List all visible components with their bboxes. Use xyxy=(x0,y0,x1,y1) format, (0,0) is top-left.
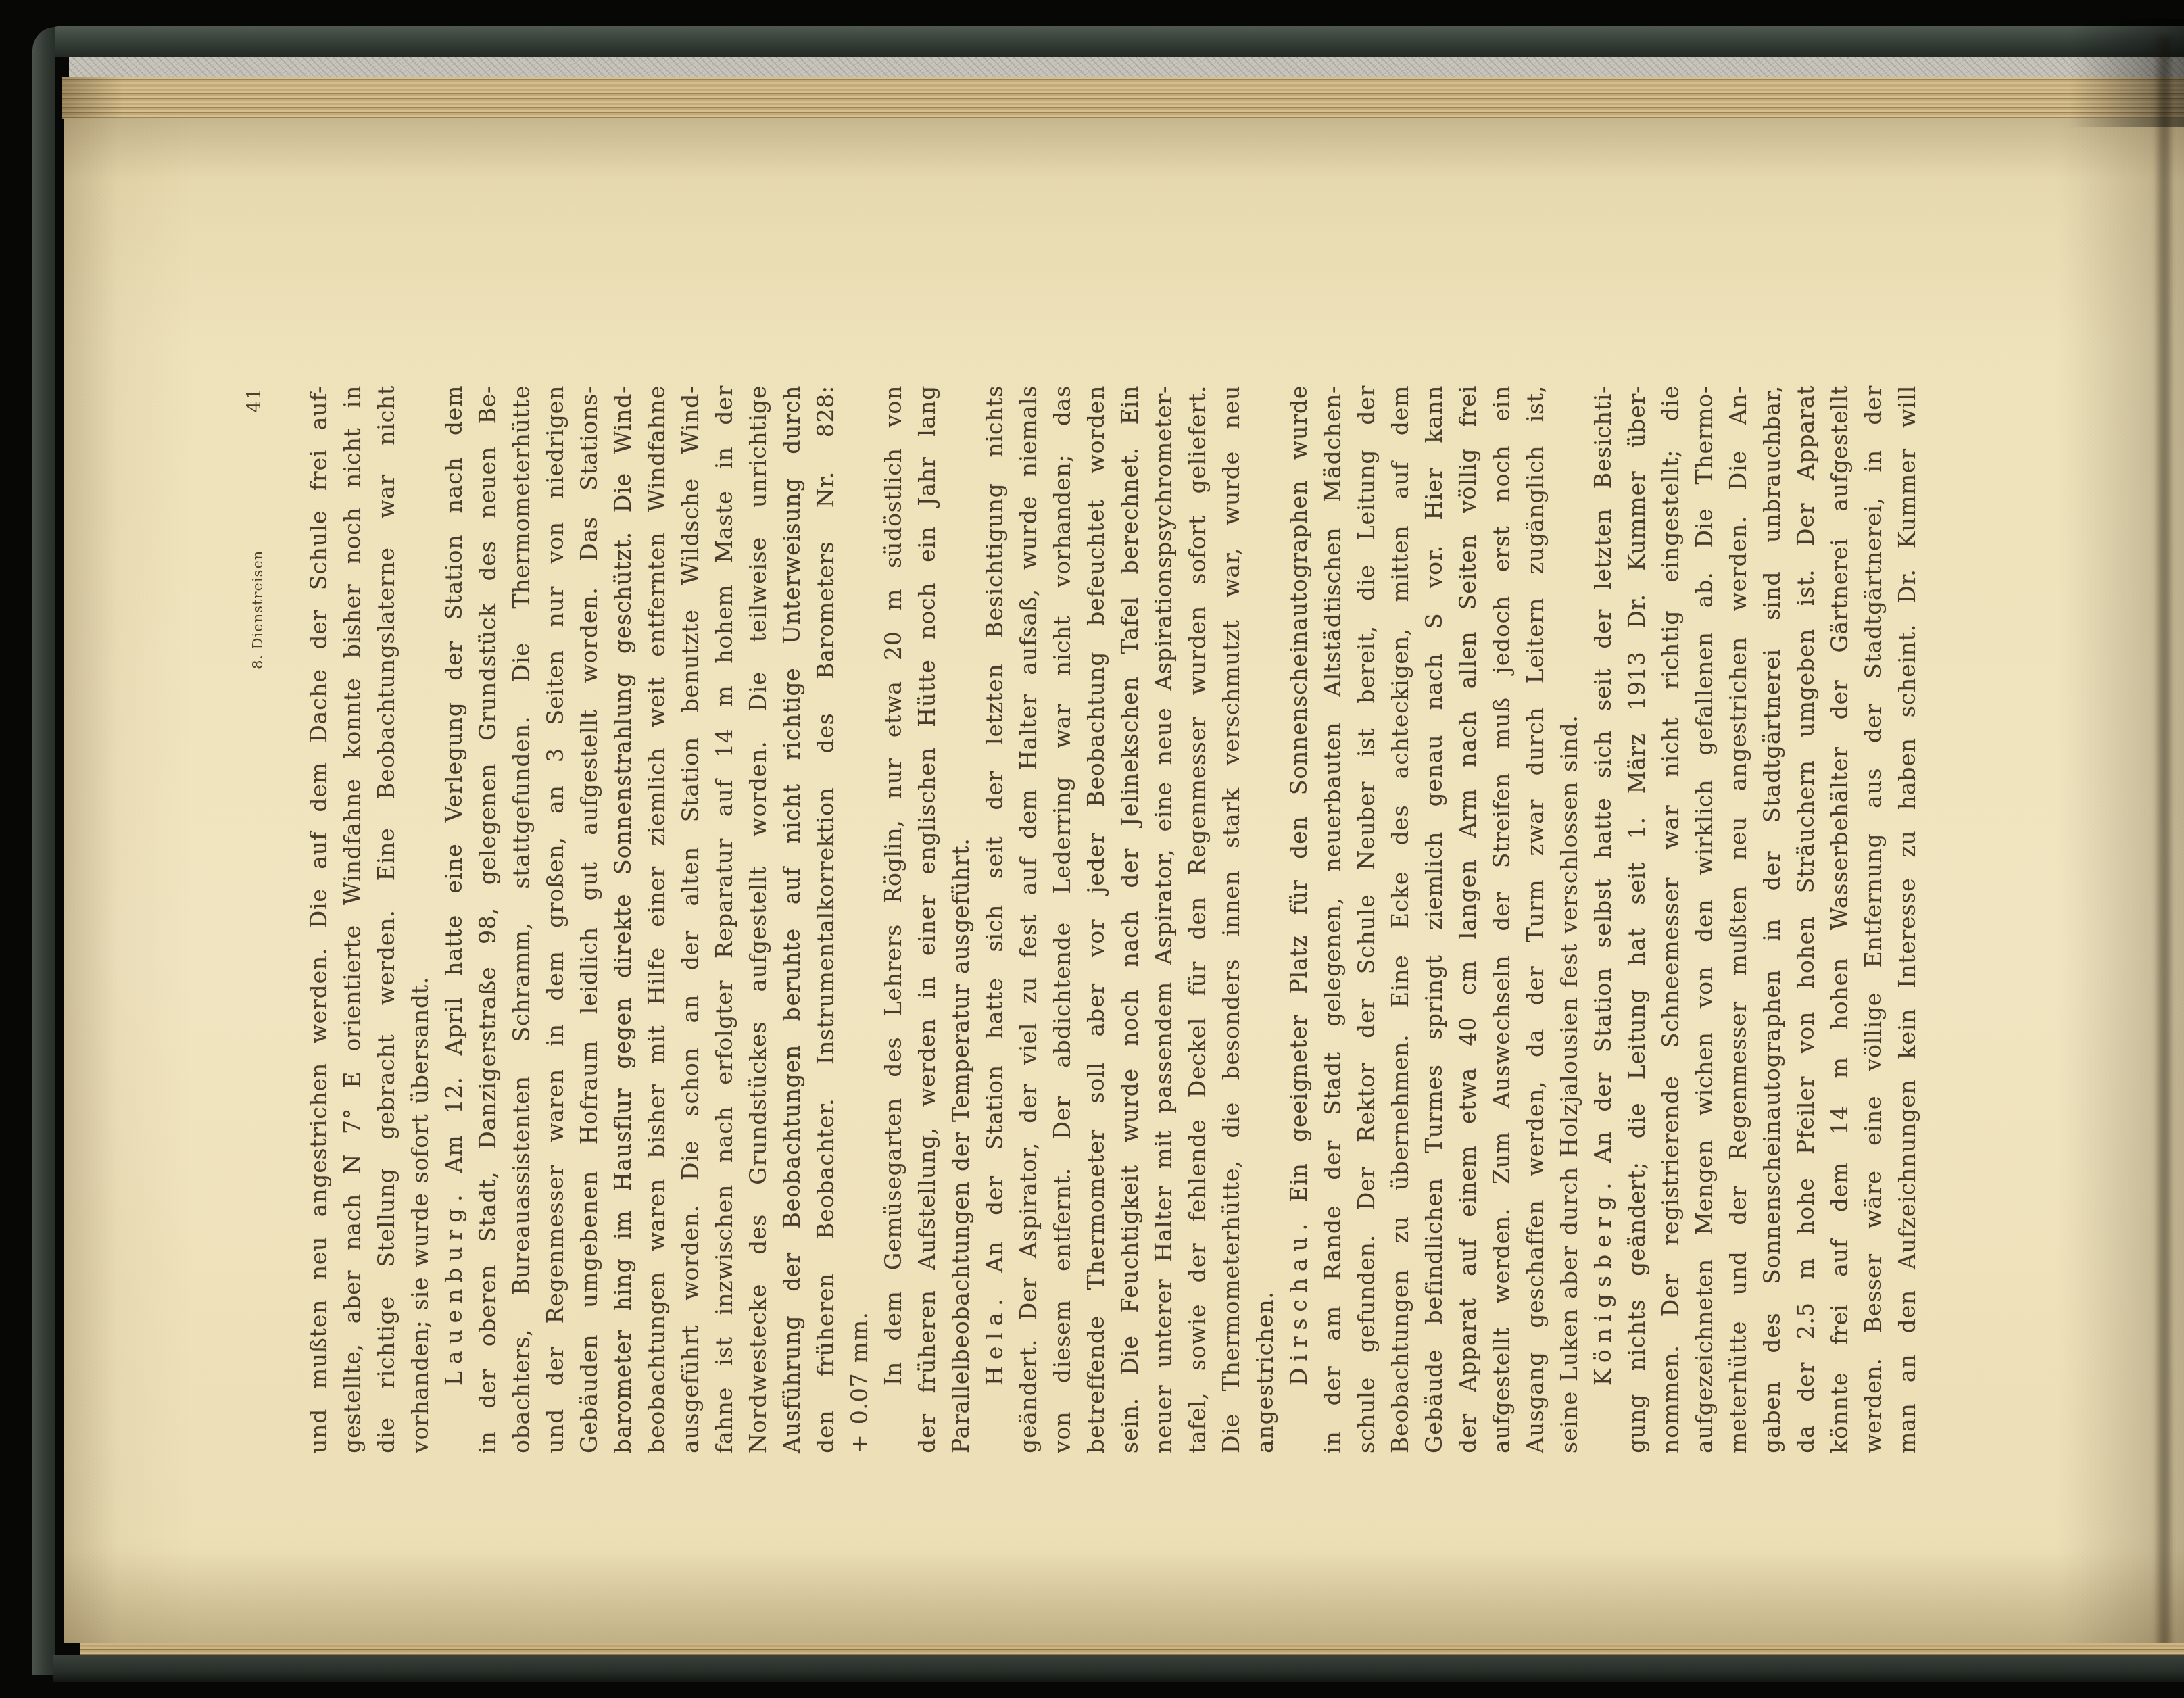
text-line: da der 2.5 m hohe Pfeiler von hohen Strä… xyxy=(1789,385,1823,1453)
text-line: geändert. Der Aspirator, der viel zu fes… xyxy=(1012,385,1046,1453)
text-line: neuer unterer Halter mit passendem Aspir… xyxy=(1147,385,1181,1453)
text-line: könnte frei auf dem 14 m hohen Wasserbeh… xyxy=(1823,385,1857,1453)
text-line: Ausgang geschaffen werden, da der Turm z… xyxy=(1519,385,1553,1453)
running-head-section-title: 8. Dienstreisen xyxy=(249,550,266,669)
text-line: Beobachtungen zu übernehmen. Eine Ecke d… xyxy=(1384,385,1417,1453)
text-line: beobachtungen waren bisher mit Hilfe ein… xyxy=(640,385,674,1453)
text-line: sein. Die Feuchtigkeit wurde noch nach d… xyxy=(1113,385,1147,1453)
station-name-spaced: Hela xyxy=(981,1306,1008,1386)
text-line: Lauenburg. Am 12. April hatte eine Verle… xyxy=(437,385,471,1453)
text-line: + 0.07 mm. xyxy=(843,385,877,1453)
station-name-spaced: Dirschau xyxy=(1286,1230,1312,1386)
text-line: aufgestellt werden. Zum Auswechseln der … xyxy=(1485,385,1519,1453)
book-endpaper-edge-strip xyxy=(69,57,2184,77)
text-line: betreffende Thermometer soll aber vor je… xyxy=(1079,385,1113,1453)
station-name-spaced: Lauenburg xyxy=(441,1202,467,1386)
text-line: Die Thermometerhütte, die besonders inne… xyxy=(1215,385,1248,1453)
book-cover-left-edge xyxy=(32,27,55,1675)
text-line: die richtige Stellung gebracht werden. E… xyxy=(370,385,404,1453)
text-line: Dirschau. Ein geeigneter Platz für den S… xyxy=(1282,385,1316,1453)
text-line: fahne ist inzwischen nach erfolgter Repa… xyxy=(708,385,742,1453)
text-line: in der am Rande der Stadt gelegenen, neu… xyxy=(1316,385,1350,1453)
text-line: und mußten neu angestrichen werden. Die … xyxy=(302,385,336,1453)
text-line: aufgezeichneten Mengen wichen von den wi… xyxy=(1688,385,1722,1453)
book-cover-top-edge xyxy=(32,26,2184,57)
page-number: 41 xyxy=(244,387,265,412)
book-fore-edge-page-stack xyxy=(62,77,2184,119)
text-body: und mußten neu angestrichen werden. Die … xyxy=(302,385,1924,1453)
text-line: Hela. An der Station hatte sich seit der… xyxy=(978,385,1012,1453)
station-name-spaced: Königsberg xyxy=(1590,1190,1616,1386)
text-line: seine Luken aber durch Holzjalousien fes… xyxy=(1553,385,1586,1453)
text-line: tafel, sowie der fehlende Deckel für den… xyxy=(1181,385,1215,1453)
text-line: obachters, Bureauassistenten Schramm, st… xyxy=(505,385,539,1453)
text-line: den früheren Beobachter. Instrumentalkor… xyxy=(809,385,843,1453)
text-line: Gebäuden umgebenen Hofraum leidlich gut … xyxy=(573,385,606,1453)
text-line: meterhütte und der Regenmesser mußten ne… xyxy=(1722,385,1755,1453)
bottom-page-edge-sliver xyxy=(80,1643,2184,1656)
text-line: Parallelbeobachtungen der Temperatur aus… xyxy=(944,385,978,1453)
book-page: 8. Dienstreisen 41 und mußten neu angest… xyxy=(64,118,2184,1643)
text-line: angestrichen. xyxy=(1248,385,1282,1453)
text-line: der Apparat auf einem etwa 40 cm langen … xyxy=(1451,385,1485,1453)
text-line: Nordwestecke des Grundstückes aufgestell… xyxy=(742,385,775,1453)
text-block: 8. Dienstreisen 41 und mußten neu angest… xyxy=(64,385,2184,1453)
text-line: barometer hing im Hausflur gegen direkte… xyxy=(606,385,640,1453)
text-line: Gebäude befindlichen Turmes springt ziem… xyxy=(1417,385,1451,1453)
text-line: in der oberen Stadt, Danzigerstraße 98, … xyxy=(471,385,505,1453)
text-line: und der Regenmesser waren in dem großen,… xyxy=(539,385,573,1453)
running-head: 8. Dienstreisen 41 xyxy=(244,385,274,1453)
text-line: vorhanden; sie wurde sofort übersandt. xyxy=(404,385,437,1453)
bottom-cover-edge xyxy=(53,1655,2184,1682)
text-line: nommen. Der registrierende Schneemesser … xyxy=(1654,385,1688,1453)
text-line: werden. Besser wäre eine völlige Entfern… xyxy=(1857,385,1891,1453)
text-line: gaben des Sonnenscheinautographen in der… xyxy=(1755,385,1789,1453)
text-line: schule gefunden. Der Rektor der Schule N… xyxy=(1350,385,1384,1453)
text-line: von diesem entfernt. Der abdichtende Led… xyxy=(1046,385,1079,1453)
text-line: gestellte, aber nach N 7° E orientierte … xyxy=(336,385,370,1453)
text-line: gung nichts geändert; die Leitung hat se… xyxy=(1620,385,1654,1453)
text-line: In dem Gemüsegarten des Lehrers Röglin, … xyxy=(877,385,911,1453)
scanned-book-photo: 8. Dienstreisen 41 und mußten neu angest… xyxy=(0,0,2184,1698)
text-line: man an den Aufzeichnungen kein Interesse… xyxy=(1891,385,1924,1453)
text-line: Ausführung der Beobachtungen beruhte auf… xyxy=(775,385,809,1453)
text-line: Königsberg. An der Station selbst hatte … xyxy=(1586,385,1620,1453)
text-line: der früheren Aufstellung, werden in eine… xyxy=(911,385,944,1453)
text-line: ausgeführt worden. Die schon an der alte… xyxy=(674,385,708,1453)
